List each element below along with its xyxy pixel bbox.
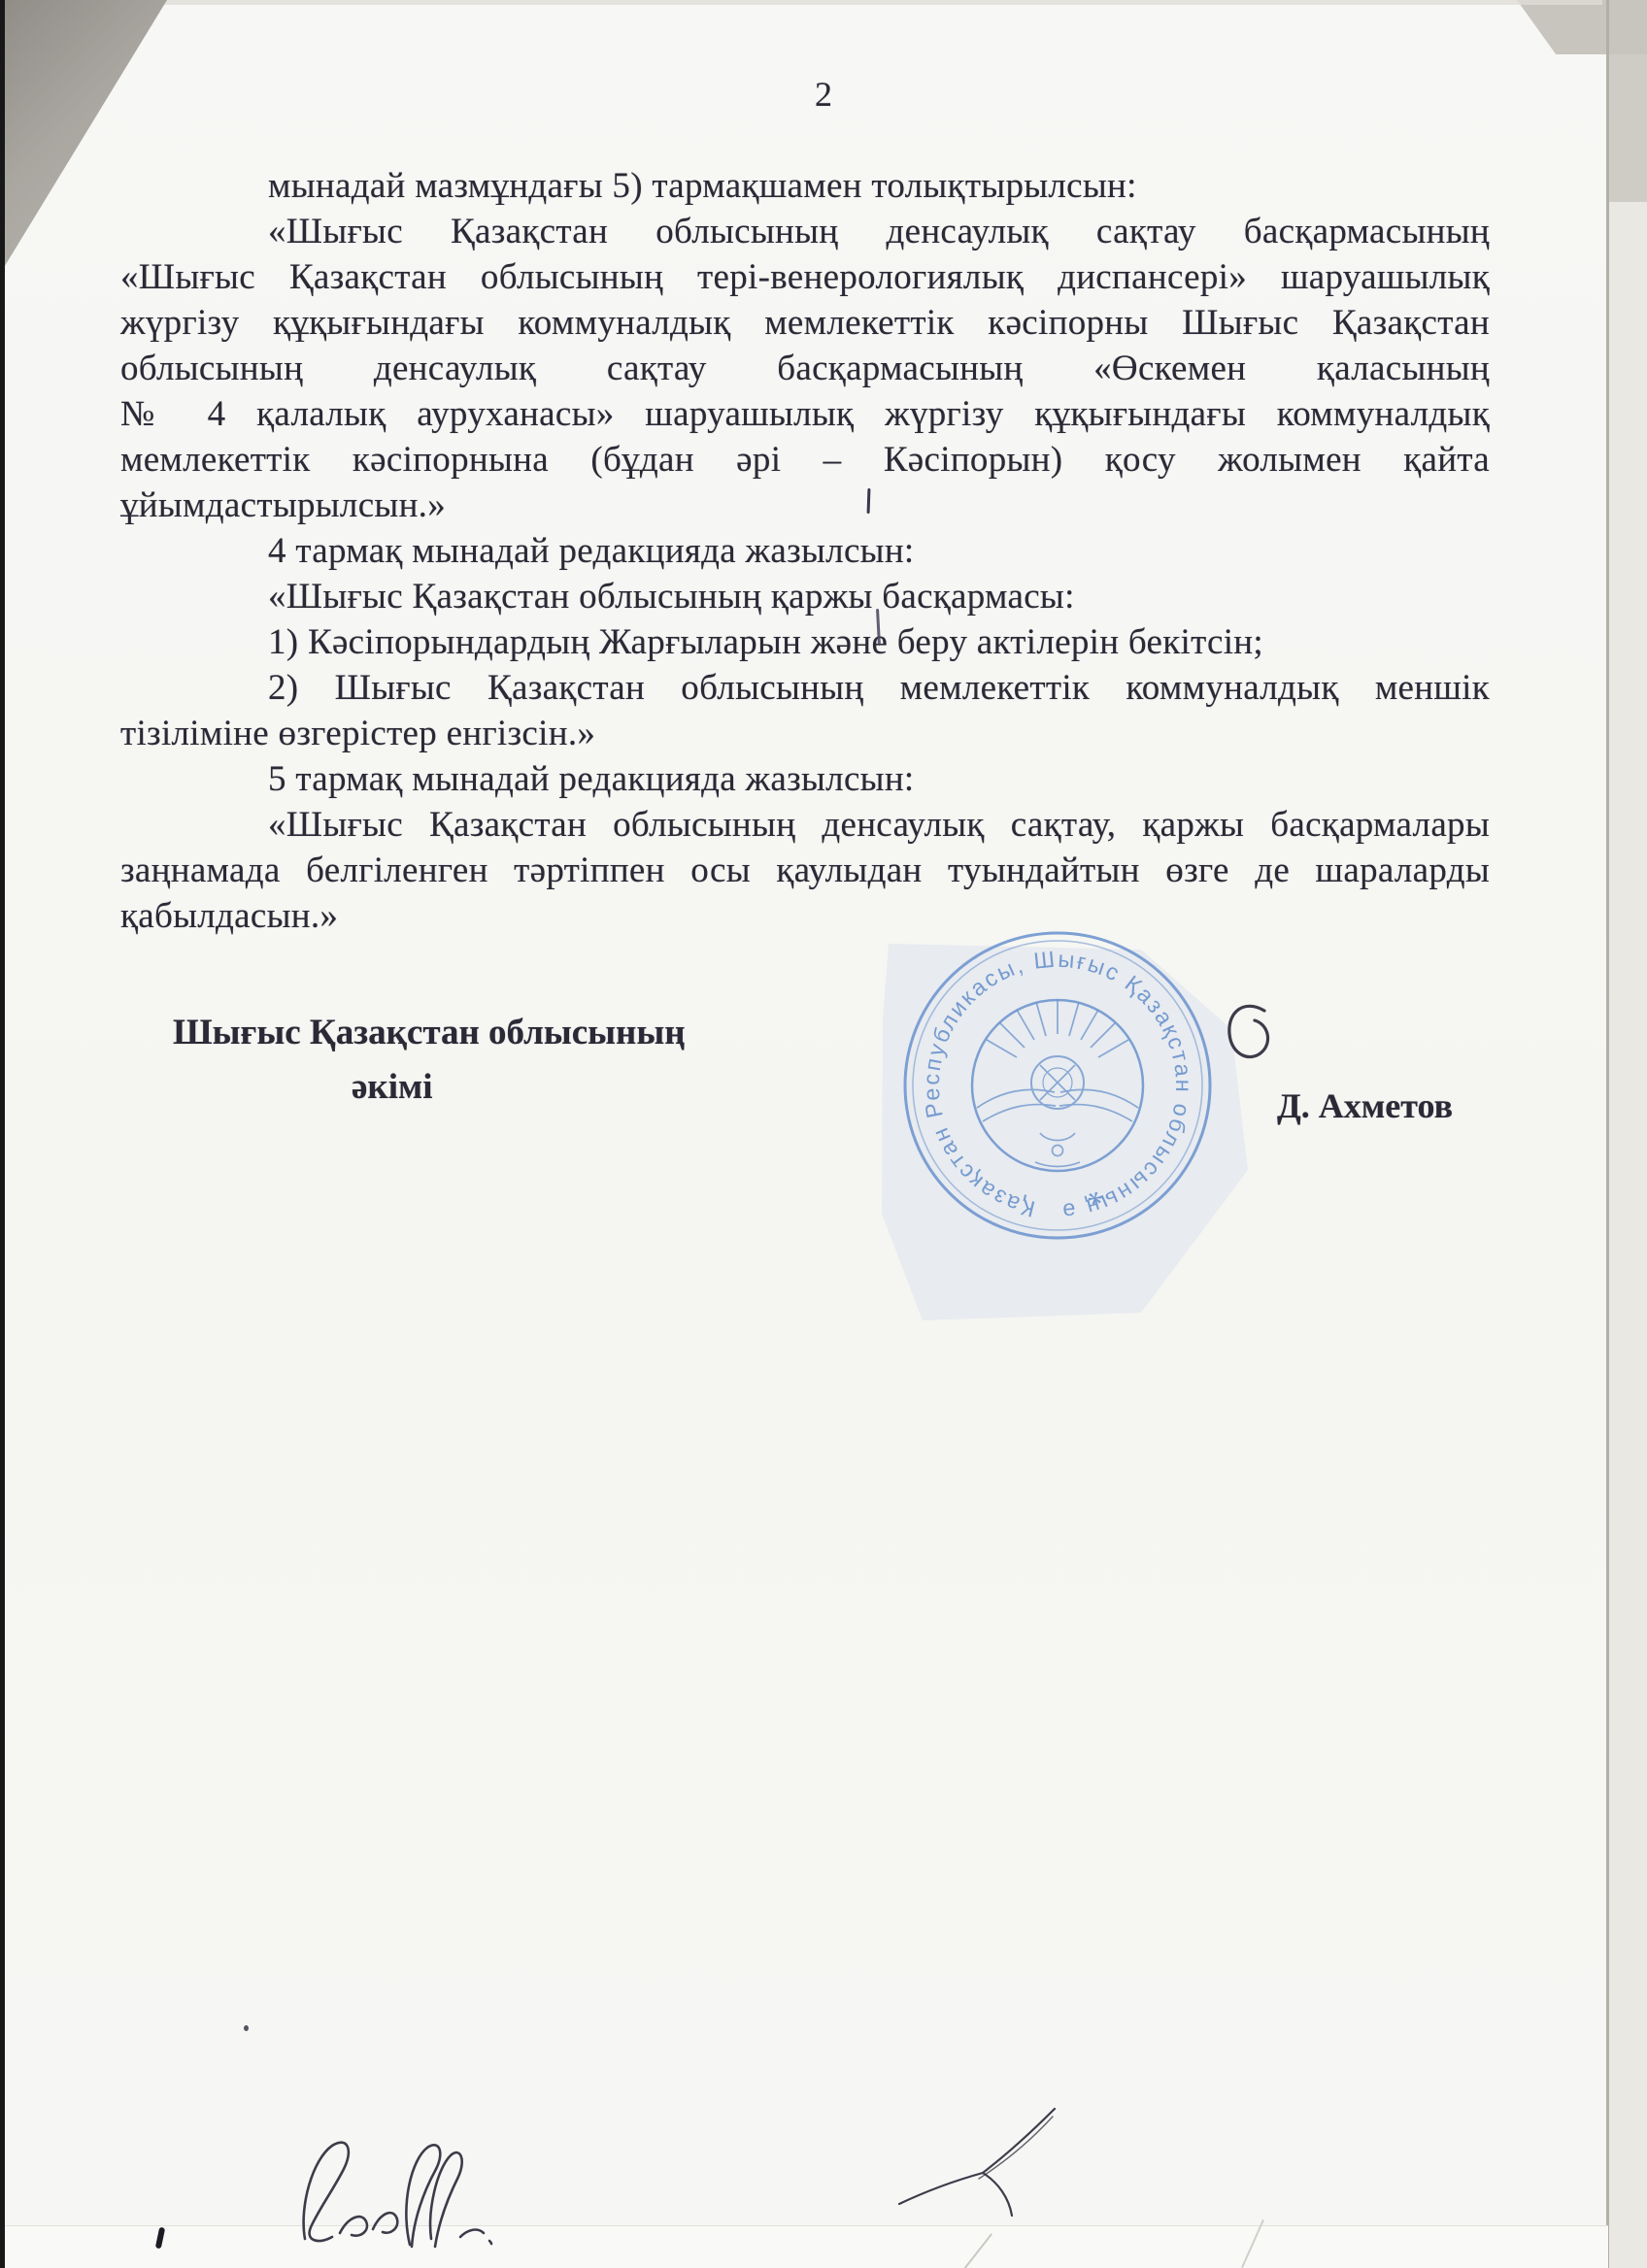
text-line: заңнамада белгіленген тәртіппен осы қаул…: [120, 848, 1490, 893]
scan-edge-top: [146, 0, 1602, 5]
scan-corner-top-right-shade: [1517, 0, 1647, 54]
signer-title-line2: әкімі: [352, 1066, 433, 1108]
text-line: «Шығыс Қазақстан облысының денсаулық сақ…: [120, 209, 1490, 254]
governor-signature-loop: [1229, 1006, 1268, 1056]
signer-name: Д. Ахметов: [1277, 1085, 1453, 1126]
text-line: мынадай мазмұндағы 5) тармақшамен толықт…: [120, 163, 1490, 209]
scan-edge-right-line: [1606, 0, 1609, 2268]
text-line: «Шығыс Қазақстан облысының тері-венероло…: [120, 254, 1490, 300]
text-line: тізіліміне өзгерістер енгізсін.»: [120, 711, 1490, 756]
page-number: 2: [0, 74, 1647, 115]
text-line: 4 тармақ мынадай редакцияда жазылсын:: [120, 528, 1490, 574]
text-line: 5 тармақ мынадай редакцияда жазылсын:: [120, 756, 1490, 802]
text-line: мемлекеттік кәсіпорнына (бұдан әрі – Кәс…: [120, 437, 1490, 483]
handwritten-flourish-right: [886, 2085, 1070, 2221]
text-line: ұйымдастырылсын.»: [120, 483, 1490, 528]
text-line: «Шығыс Қазақстан облысының қаржы басқарм…: [120, 574, 1490, 619]
text-line: № 4 қалалық ауруханасы» шаруашылық жүргі…: [120, 391, 1490, 437]
handwritten-signature-left: [289, 2115, 498, 2260]
ink-mark: [244, 2025, 249, 2031]
scan-edge-right: [1609, 0, 1647, 2268]
scan-edge-bottom: [5, 2225, 1608, 2268]
signer-title-line1: Шығыс Қазақстан облысының: [173, 1012, 686, 1053]
scan-edge-left: [0, 0, 5, 2268]
text-line: облысының денсаулық сақтау басқармасының…: [120, 346, 1490, 391]
document-body: мынадай мазмұндағы 5) тармақшамен толықт…: [120, 163, 1490, 939]
text-line: 1) Кәсіпорындардың Жарғыларын және беру …: [120, 619, 1490, 665]
text-line: жүргізу құқығындағы коммуналдық мемлекет…: [120, 300, 1490, 346]
official-stamp: Қазақстан Республикасы, Шығыс Қазақстан …: [864, 917, 1292, 1374]
scanned-document-page: 2 мынадай мазмұндағы 5) тармақшамен толы…: [0, 0, 1647, 2268]
text-line: 2) Шығыс Қазақстан облысының мемлекеттік…: [120, 665, 1490, 711]
text-line: «Шығыс Қазақстан облысының денсаулық сақ…: [120, 802, 1490, 848]
